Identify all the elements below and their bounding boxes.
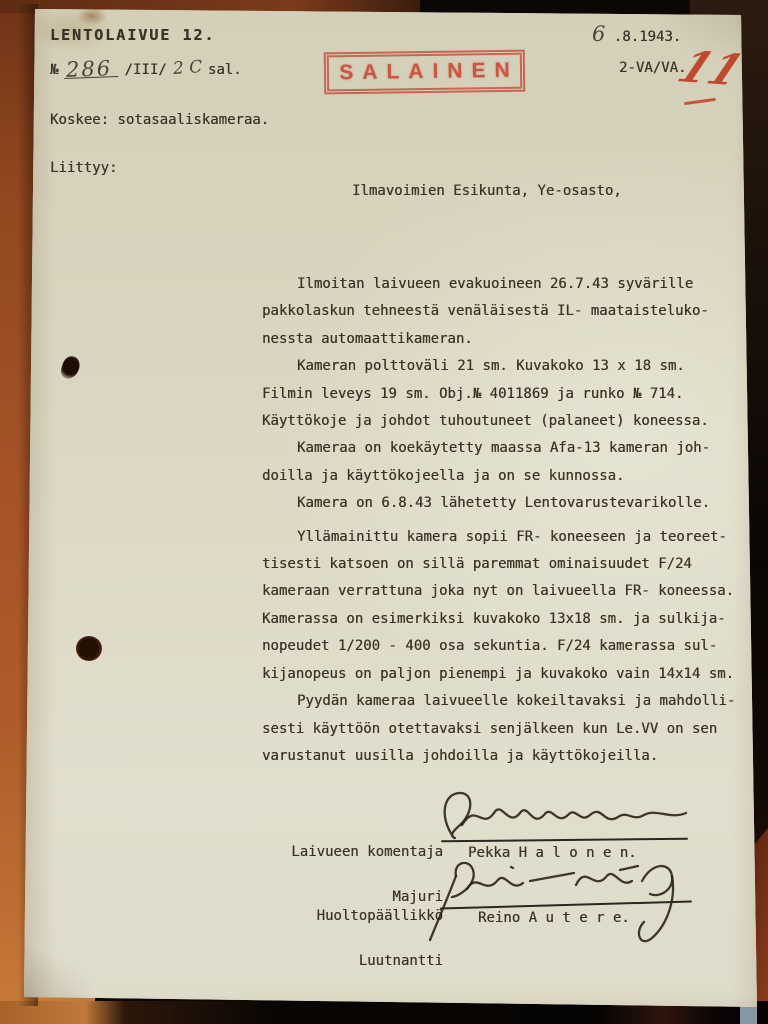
body-line: Kamerassa on esimerkiksi kuvakoko 13x18 … <box>262 606 748 633</box>
body-line: Yllämainittu kamera sopii FR- koneeseen … <box>262 524 748 551</box>
date-line: 6 .8.1943. <box>592 27 681 45</box>
role-title: Laivueen komentaja <box>263 845 443 860</box>
role-rank: Luutnantti <box>283 954 443 969</box>
body-line: doilla ja käyttökojeella ja on se kunnos… <box>262 463 748 490</box>
body-line: Filmin leveys 19 sm. Obj.№ 4011869 ja ru… <box>262 381 748 408</box>
body-line: pakkolaskun tehneestä venäläisestä IL- m… <box>262 298 748 325</box>
body-line: nessta automaattikameran. <box>262 326 748 353</box>
letter-body: Ilmoitan laivueen evakuoineen 26.7.43 sy… <box>262 271 748 770</box>
body-line: varustanut uusilla johdoilla ja käyttöko… <box>262 743 748 770</box>
handwritten-number: 286 <box>64 60 119 79</box>
number-prefix: № <box>50 62 58 78</box>
page-number-annotation: 11 <box>670 42 752 95</box>
body-line: Kamera on 6.8.43 lähetetty Lentovarustev… <box>262 490 748 517</box>
addressee: Ilmavoimien Esikunta, Ye-osasto, <box>352 183 622 199</box>
handwritten-class: 2 C <box>172 57 203 79</box>
number-middle: /III/ <box>125 62 167 78</box>
body-line: Käyttökoje ja johdot tuhoutuneet (palane… <box>262 408 748 435</box>
office-code: 2-VA/VA. <box>619 60 686 76</box>
body-line: sesti käyttöön otettavaksi senjälkeen ku… <box>262 716 748 743</box>
date-rest: .8.1943. <box>605 29 681 45</box>
document-scan: LENTOLAIVUE 12. № 286 /III/ 2 C sal. SAL… <box>0 0 768 1024</box>
reference-line: Liittyy: <box>50 160 117 176</box>
body-line: kameraan verrattuna joka nyt on laivueel… <box>262 578 748 605</box>
body-line: tisesti katsoen on sillä paremmat ominai… <box>262 551 748 578</box>
body-line: kijanopeus on paljon pienempi ja kuvakok… <box>262 661 748 688</box>
body-line: nopeudet 1/200 - 400 osa sekuntia. F/24 … <box>262 633 748 660</box>
body-line: Kameraa on koekäytetty maassa Afa-13 kam… <box>262 435 748 462</box>
signature-halonen-autograph <box>432 784 700 846</box>
punch-hole <box>76 636 102 661</box>
number-suffix: sal. <box>208 62 242 78</box>
body-line: Kameran polttoväli 21 sm. Kuvakoko 13 x … <box>262 353 748 380</box>
unit-title: LENTOLAIVUE 12. <box>50 26 215 44</box>
signature-name-autere: Reino A u t e r e. <box>478 910 630 926</box>
subject-line: Koskee: sotasaaliskameraa. <box>50 112 269 128</box>
role-title: Huoltopäällikkö <box>283 909 443 924</box>
body-line: Pyydän kameraa laivueelle kokeiltavaksi … <box>262 688 748 715</box>
document-number: № 286 /III/ 2 C sal. <box>50 58 242 78</box>
signature-role-maintenance: Huoltopäällikkö Luutnantti <box>283 879 443 999</box>
punch-hole <box>59 354 82 381</box>
paper-sheet: LENTOLAIVUE 12. № 286 /III/ 2 C sal. SAL… <box>0 0 768 1024</box>
page-number-underline <box>684 98 716 105</box>
handwritten-date-day: 6 <box>592 22 605 46</box>
secret-stamp: SALAINEN <box>324 50 526 95</box>
body-line: Ilmoitan laivueen evakuoineen 26.7.43 sy… <box>262 271 748 298</box>
